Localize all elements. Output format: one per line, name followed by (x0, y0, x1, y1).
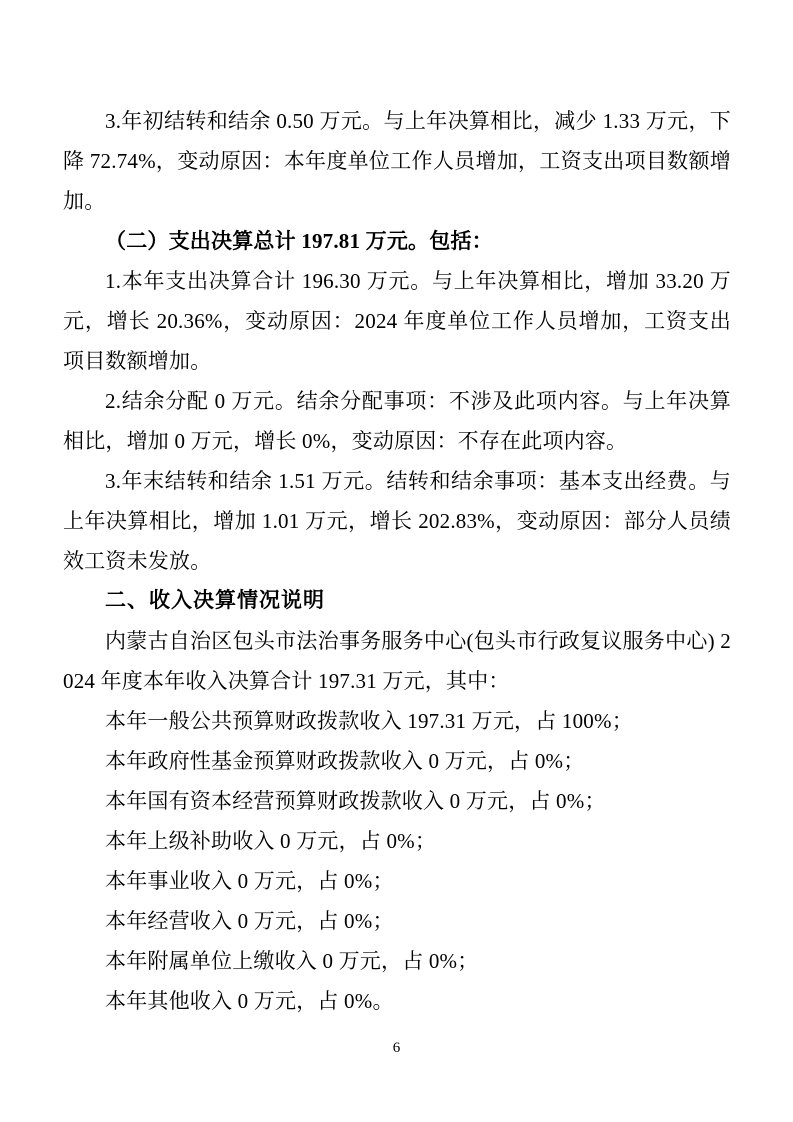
paragraph-current-year-expenditure: 1.本年支出决算合计 196.30 万元。与上年决算相比，增加 33.20 万元… (63, 261, 731, 381)
page-number: 6 (0, 1038, 793, 1058)
section-heading-income-statement: 二、收入决算情况说明 (63, 581, 731, 621)
paragraph-operating-income: 本年经营收入 0 万元，占 0%； (63, 901, 731, 941)
paragraph-year-begin-carryover: 3.年初结转和结余 0.50 万元。与上年决算相比，减少 1.33 万元，下降 … (63, 101, 731, 221)
paragraph-year-end-carryover: 3.年末结转和结余 1.51 万元。结转和结余事项：基本支出经费。与上年决算相比… (63, 461, 731, 581)
paragraph-general-public-budget-income: 本年一般公共预算财政拨款收入 197.31 万元，占 100%； (63, 701, 731, 741)
document-content: 3.年初结转和结余 0.50 万元。与上年决算相比，减少 1.33 万元，下降 … (63, 101, 731, 1021)
section-heading-expenditure-total: （二）支出决算总计 197.81 万元。包括： (63, 221, 731, 261)
paragraph-surplus-distribution: 2.结余分配 0 万元。结余分配事项：不涉及此项内容。与上年决算相比，增加 0 … (63, 381, 731, 461)
paragraph-other-income: 本年其他收入 0 万元，占 0%。 (63, 981, 731, 1021)
document-page: 3.年初结转和结余 0.50 万元。与上年决算相比，减少 1.33 万元，下降 … (0, 0, 793, 1122)
paragraph-affiliated-unit-income: 本年附属单位上缴收入 0 万元，占 0%； (63, 941, 731, 981)
paragraph-institutional-income: 本年事业收入 0 万元，占 0%； (63, 861, 731, 901)
paragraph-superior-subsidy-income: 本年上级补助收入 0 万元，占 0%； (63, 821, 731, 861)
paragraph-income-total-intro: 内蒙古自治区包头市法治事务服务中心(包头市行政复议服务中心) 2024 年度本年… (63, 621, 731, 701)
paragraph-government-fund-income: 本年政府性基金预算财政拨款收入 0 万元，占 0%； (63, 741, 731, 781)
paragraph-state-capital-income: 本年国有资本经营预算财政拨款收入 0 万元，占 0%； (63, 781, 731, 821)
